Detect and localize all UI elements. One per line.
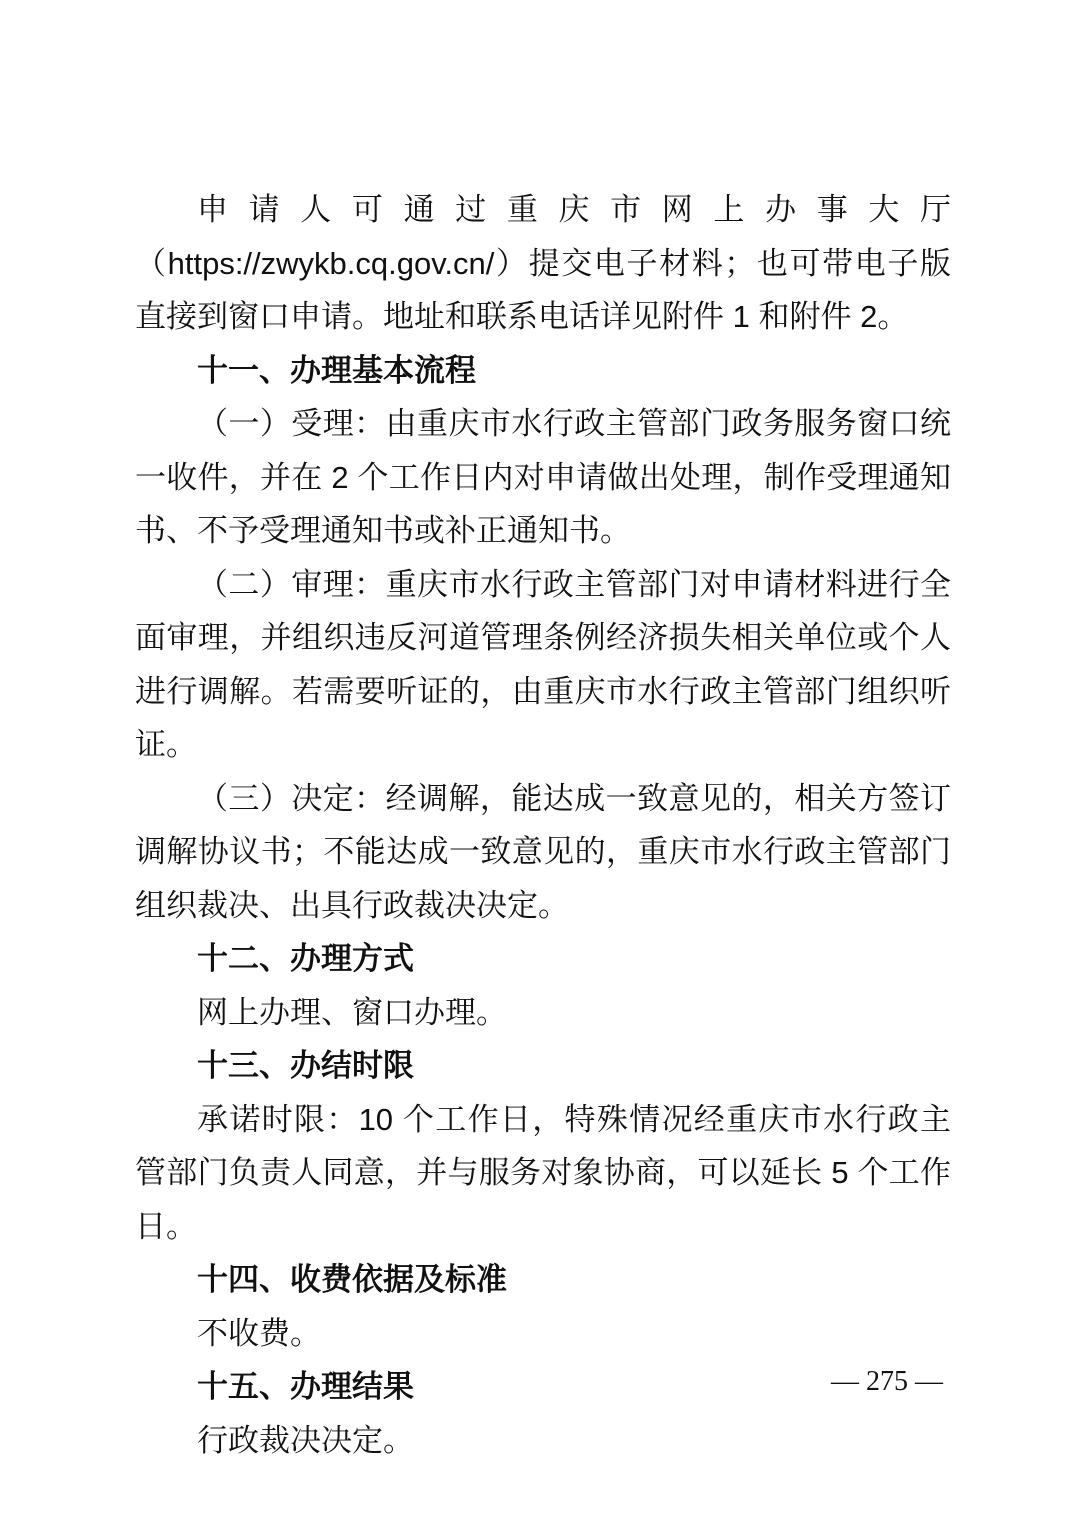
heading-14-fee-basis: 十四、收费依据及标准 (135, 1253, 951, 1307)
heading-12-handling-method: 十二、办理方式 (135, 932, 951, 986)
heading-11-basic-process: 十一、办理基本流程 (135, 344, 951, 398)
para-decision: （三）决定：经调解，能达成一致意见的，相关方签订调解协议书；不能达成一致意见的，… (135, 772, 951, 933)
page-number: — 275 — (831, 1365, 943, 1399)
document-page: 申请人可通过重庆市网上办事大厅（https://zwykb.cq.gov.cn/… (0, 0, 1075, 1519)
intro-paragraph: 申请人可通过重庆市网上办事大厅（https://zwykb.cq.gov.cn/… (135, 183, 951, 344)
para-time-limit: 承诺时限：10 个工作日，特殊情况经重庆市水行政主管部门负责人同意，并与服务对象… (135, 1093, 951, 1254)
para-handling-method: 网上办理、窗口办理。 (135, 986, 951, 1040)
heading-13-time-limit: 十三、办结时限 (135, 1039, 951, 1093)
para-result: 行政裁决决定。 (135, 1414, 951, 1468)
document-body: 申请人可通过重庆市网上办事大厅（https://zwykb.cq.gov.cn/… (135, 183, 951, 1467)
heading-15-result: 十五、办理结果 (135, 1360, 951, 1414)
para-acceptance: （一）受理：由重庆市水行政主管部门政务服务窗口统一收件，并在 2 个工作日内对申… (135, 397, 951, 558)
para-review: （二）审理：重庆市水行政主管部门对申请材料进行全面审理，并组织违反河道管理条例经… (135, 558, 951, 772)
para-no-fee: 不收费。 (135, 1307, 951, 1361)
